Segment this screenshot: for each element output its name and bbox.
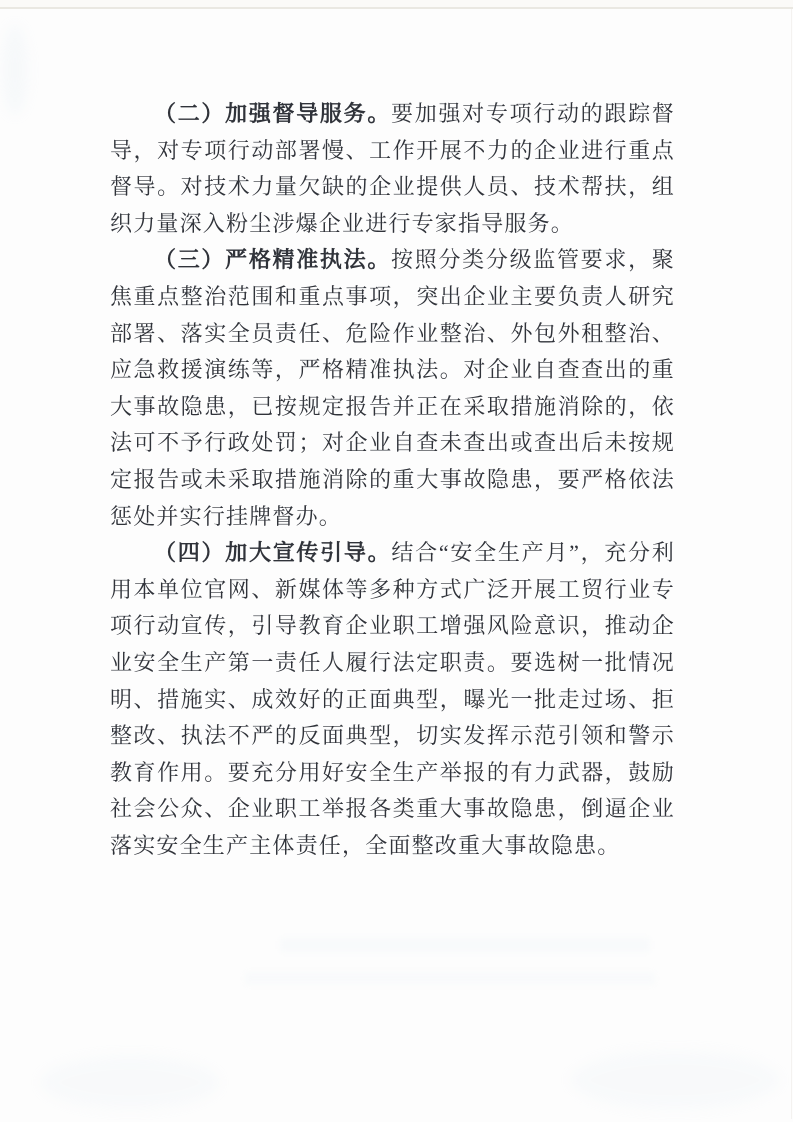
scan-top-margin-strip — [0, 0, 793, 7]
paragraph-2: （二）加强督导服务。要加强对专项行动的跟踪督导，对专项行动部署慢、工作开展不力的… — [110, 96, 675, 242]
paragraph-4-heading: （四）加大宣传引导。 — [154, 540, 391, 565]
paragraph-3-heading: （三）严格精准执法。 — [154, 247, 391, 272]
document-body: （二）加强督导服务。要加强对专项行动的跟踪督导，对专项行动部署慢、工作开展不力的… — [110, 96, 675, 864]
scan-smudge-artifact — [40, 1055, 220, 1110]
scanned-page: { "theme": { "page-bg": "#fdfdfd", "text… — [0, 0, 793, 1122]
paragraph-3: （三）严格精准执法。按照分类分级监管要求，聚焦重点整治范围和重点事项，突出企业主… — [110, 242, 675, 535]
paragraph-4: （四）加大宣传引导。结合“安全生产月”，充分利用本单位官网、新媒体等多种方式广泛… — [110, 535, 675, 864]
scan-edge-line — [0, 7, 793, 9]
scan-smudge-artifact — [2, 25, 28, 115]
paragraph-2-heading: （二）加强督导服务。 — [154, 101, 391, 126]
scan-bleed-artifact — [280, 938, 650, 952]
paragraph-3-text: 按照分类分级监管要求，聚焦重点整治范围和重点事项，突出企业主要负责人研究部署、落… — [110, 247, 675, 528]
scan-bleed-artifact — [245, 972, 655, 985]
paragraph-4-text: 结合“安全生产月”，充分利用本单位官网、新媒体等多种方式广泛开展工贸行业专项行动… — [110, 540, 675, 858]
scan-smudge-artifact — [570, 1050, 780, 1110]
scan-right-edge-line — [791, 9, 792, 1119]
